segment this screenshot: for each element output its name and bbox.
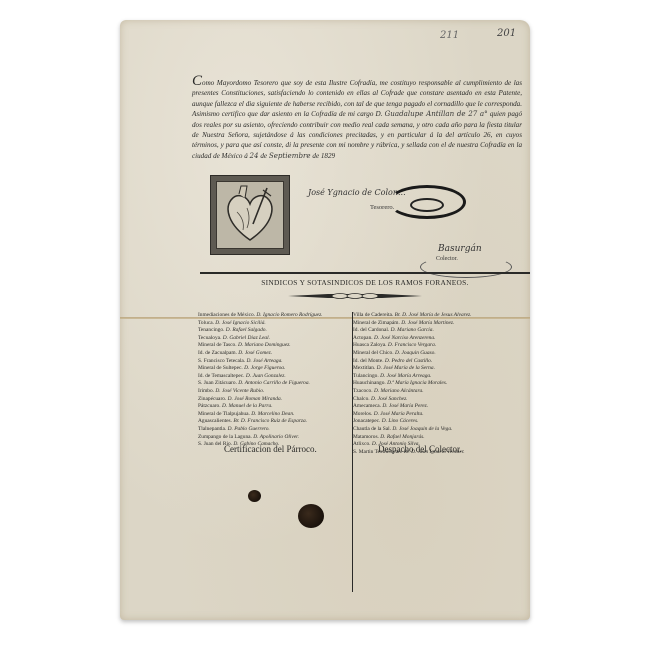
handwritten-member-name: Guadalupe Antillan de 27 a° [385,109,488,118]
signature-flourish-icon [420,256,512,278]
place-name: Actopan. [353,335,373,341]
intro-paragraph: Como Mayordomo Tesorero que soy de esta … [192,76,522,161]
list-item: Id. del Cardonal. D. Mariano García. [353,327,523,335]
person-name: D. Rafael Salgado. [226,327,267,333]
person-name: D. José María Perez. [382,403,428,409]
person-name: D. Pablo Guerrero. [228,426,270,432]
burn-hole [248,490,261,502]
place-name: Zumpango de la Laguna. [198,434,252,440]
place-name: Tulancingo. [353,373,379,379]
person-name: D. Antonio Carrillo de Figueroa. [238,380,310,386]
list-item: S. Juan Zitácuaro. D. Antonio Carrillo d… [198,380,350,388]
place-name: Inmediaciones de México. [198,312,255,318]
burn-hole [298,504,324,528]
list-item: Inmediaciones de México. D. Ignacio Rome… [198,312,350,320]
list-item: Villa de Cadereita. Br. D. José María de… [353,312,523,320]
place-name: Chalco. [353,396,370,402]
person-name: D. José Roman Miranda. [228,396,282,402]
place-name: Mineral de Sultepec. [198,365,243,371]
de-text: de [260,152,267,160]
list-item: Tzacoco. D. Mariano Alcántara. [353,388,523,396]
person-name: D. José Narciso Arenzerena. [374,335,435,341]
person-name: D. José Arteaga. [246,358,282,364]
list-item: Tulancingo. D. José María Arreaga. [353,373,523,381]
person-name: D. Mariano Dominguez. [238,342,291,348]
place-name: Mineral de Tasco. [198,342,237,348]
place-name: Irimbo. [198,388,214,394]
place-name: Id. de Zacualpam. [198,350,237,356]
person-name: D. José Joaquin de la Vega. [392,426,452,432]
drop-cap: C [192,73,202,89]
person-name: D. Jorge Figueroa. [244,365,285,371]
list-item: Morelos. D. José María Peralta. [353,411,523,419]
list-item: Mineral del Chico. D. Joaquin Guaso. [353,350,523,358]
place-name: Villa de Cadereita. [353,312,393,318]
list-item: Mineral de Sultepec. D. Jorge Figueroa. [198,365,350,373]
person-name: D. José María de la Serna. [377,365,435,371]
collector-dispatch-heading: Despacho del Colector. [378,444,462,454]
list-item: Tecualoya. D. Gabriel Diaz Leal. [198,335,350,343]
list-item: Tlalnepantla. D. Pablo Guerrero. [198,426,350,434]
archive-number: 201 [497,28,516,39]
person-name: D. José Sanchez. [371,396,408,402]
list-item: Mineral de Tasco. D. Mariano Dominguez. [198,342,350,350]
place-name: Mineral de Tlalpujahua. [198,411,250,417]
list-item: Chalco. D. José Sanchez. [353,396,523,404]
place-name: Id. del Monte. [353,358,384,364]
person-name: D. José María Arreaga. [380,373,431,379]
list-item: Matamoros. D. Rafael Monjarás. [353,434,523,442]
person-name: D. José Vicente Rubio. [215,388,264,394]
list-item: Mineral de Tlalpujahua. D. Marcelino Dea… [198,411,350,419]
year-text: de 1829 [312,152,335,160]
place-name: Tzacoco. [353,388,373,394]
person-name: D. Mariano García. [391,327,434,333]
list-item: Pátzcuaro. D. Manuel de la Parra. [198,403,350,411]
person-name: D. José María Martinez. [401,320,454,326]
handwritten-day: 24 [250,151,259,160]
list-item: S. Francisco Tetecala. D. José Arteaga. [198,358,350,366]
person-name: D. Ignacio Romero Rodríguez. [256,312,322,318]
list-item: Id. de Temascaltepec. D. Juan Gonzalez. [198,373,350,381]
person-name: D.ª María Ignacia Morales. [387,380,447,386]
list-item: Amecameca. D. José María Perez. [353,403,523,411]
place-name: Id. de Temascaltepec. [198,373,245,379]
place-name: Tlalnepantla. [198,426,226,432]
place-name: Tenancingo. [198,327,224,333]
person-name: D. Francisco Vergara. [388,342,436,348]
ink-rubric-loop-icon [410,198,444,212]
document-page: 211 201 Como Mayordomo Tesorero que soy … [120,20,530,620]
person-name: D. José María Peralta. [374,411,424,417]
list-item: Id. del Monte. D. Pedro del Castillo. [353,358,523,366]
place-name: Matamoros. [353,434,379,440]
list-item: Irimbo. D. José Vicente Rubio. [198,388,350,396]
list-item: Tenancingo. D. Rafael Salgado. [198,327,350,335]
list-item: Zumpango de la Laguna. D. Apolinario Oli… [198,434,350,442]
list-item: Aguascalientes. Br. D. Francisco Ruiz de… [198,418,350,426]
place-name: S. Juan Zitácuaro. [198,380,237,386]
list-item: Jonacatepec. D. Lino Cáceres. [353,418,523,426]
place-name: Mextitlan. [353,365,375,371]
person-name: D. Manuel de la Parra. [222,403,273,409]
person-name: D. Mariano Alcántara. [374,388,424,394]
person-name: D. Joaquin Guaso. [395,350,436,356]
section-title: SINDICOS Y SOTASINDICOS DE LOS RAMOS FOR… [200,278,530,287]
place-name: Zinapécuaro. [198,396,226,402]
place-name: Atlixco. [353,441,371,447]
list-item: Id. de Zacualpam. D. José Gomez. [198,350,350,358]
person-name: D. Juan Gonzalez. [246,373,286,379]
person-name: D. José Ignacio Siciliá. [215,320,265,326]
place-name: Huauchinango. [353,380,386,386]
person-name: D. Pedro del Castillo. [385,358,432,364]
sindicos-list-right: Villa de Cadereita. Br. D. José María de… [353,312,523,456]
place-name: Huasca Zaloya. [353,342,387,348]
place-name: Tecualoya. [198,335,221,341]
ornament-rule-icon [288,293,422,299]
list-item: Chautla de la Sal. D. José Joaquin de la… [353,426,523,434]
parish-certification-heading: Certificacion del Párroco. [224,444,317,454]
place-name: Chautla de la Sal. [353,426,391,432]
sindicos-list-left: Inmediaciones de México. D. Ignacio Rome… [198,312,350,449]
person-name: D. Rafael Monjarás. [380,434,424,440]
place-name: Toluca. [198,320,214,326]
place-name: Pátzcuaro. [198,403,221,409]
place-name: S. Francisco Tetecala. [198,358,245,364]
list-item: Mextitlan. D. José María de la Serna. [353,365,523,373]
person-name: D. Lino Cáceres. [382,418,419,424]
sacred-heart-woodcut-icon [210,175,290,255]
archive-number-crossed: 211 [440,30,459,41]
list-item: Zinapécuaro. D. José Roman Miranda. [198,396,350,404]
list-item: Mineral de Zimapám. D. José María Martin… [353,320,523,328]
list-item: Actopan. D. José Narciso Arenzerena. [353,335,523,343]
list-item: Huasca Zaloya. D. Francisco Vergara. [353,342,523,350]
person-name: Br. D. Francisco Ruiz de Esparza. [233,418,307,424]
person-name: D. Gabriel Diaz Leal. [223,335,270,341]
section-divider [200,272,530,274]
place-name: Jonacatepec. [353,418,380,424]
person-name: D. Marcelino Dean. [251,411,294,417]
place-name: Amecameca. [353,403,381,409]
person-name: Br. D. José María de Jesus Alvarez. [395,312,472,318]
collector-signature: Basurgán [438,244,482,254]
place-name: Mineral del Chico. [353,350,394,356]
place-name: Id. del Cardonal. [353,327,389,333]
list-item: Huauchinango. D.ª María Ignacia Morales. [353,380,523,388]
person-name: D. José Gomez. [238,350,272,356]
place-name: Aguascalientes. [198,418,232,424]
handwritten-month: Septiembre [269,151,311,160]
place-name: Mineral de Zimapám. [353,320,400,326]
place-name: Morelos. [353,411,372,417]
person-name: D. Apolinario Oliver. [253,434,299,440]
